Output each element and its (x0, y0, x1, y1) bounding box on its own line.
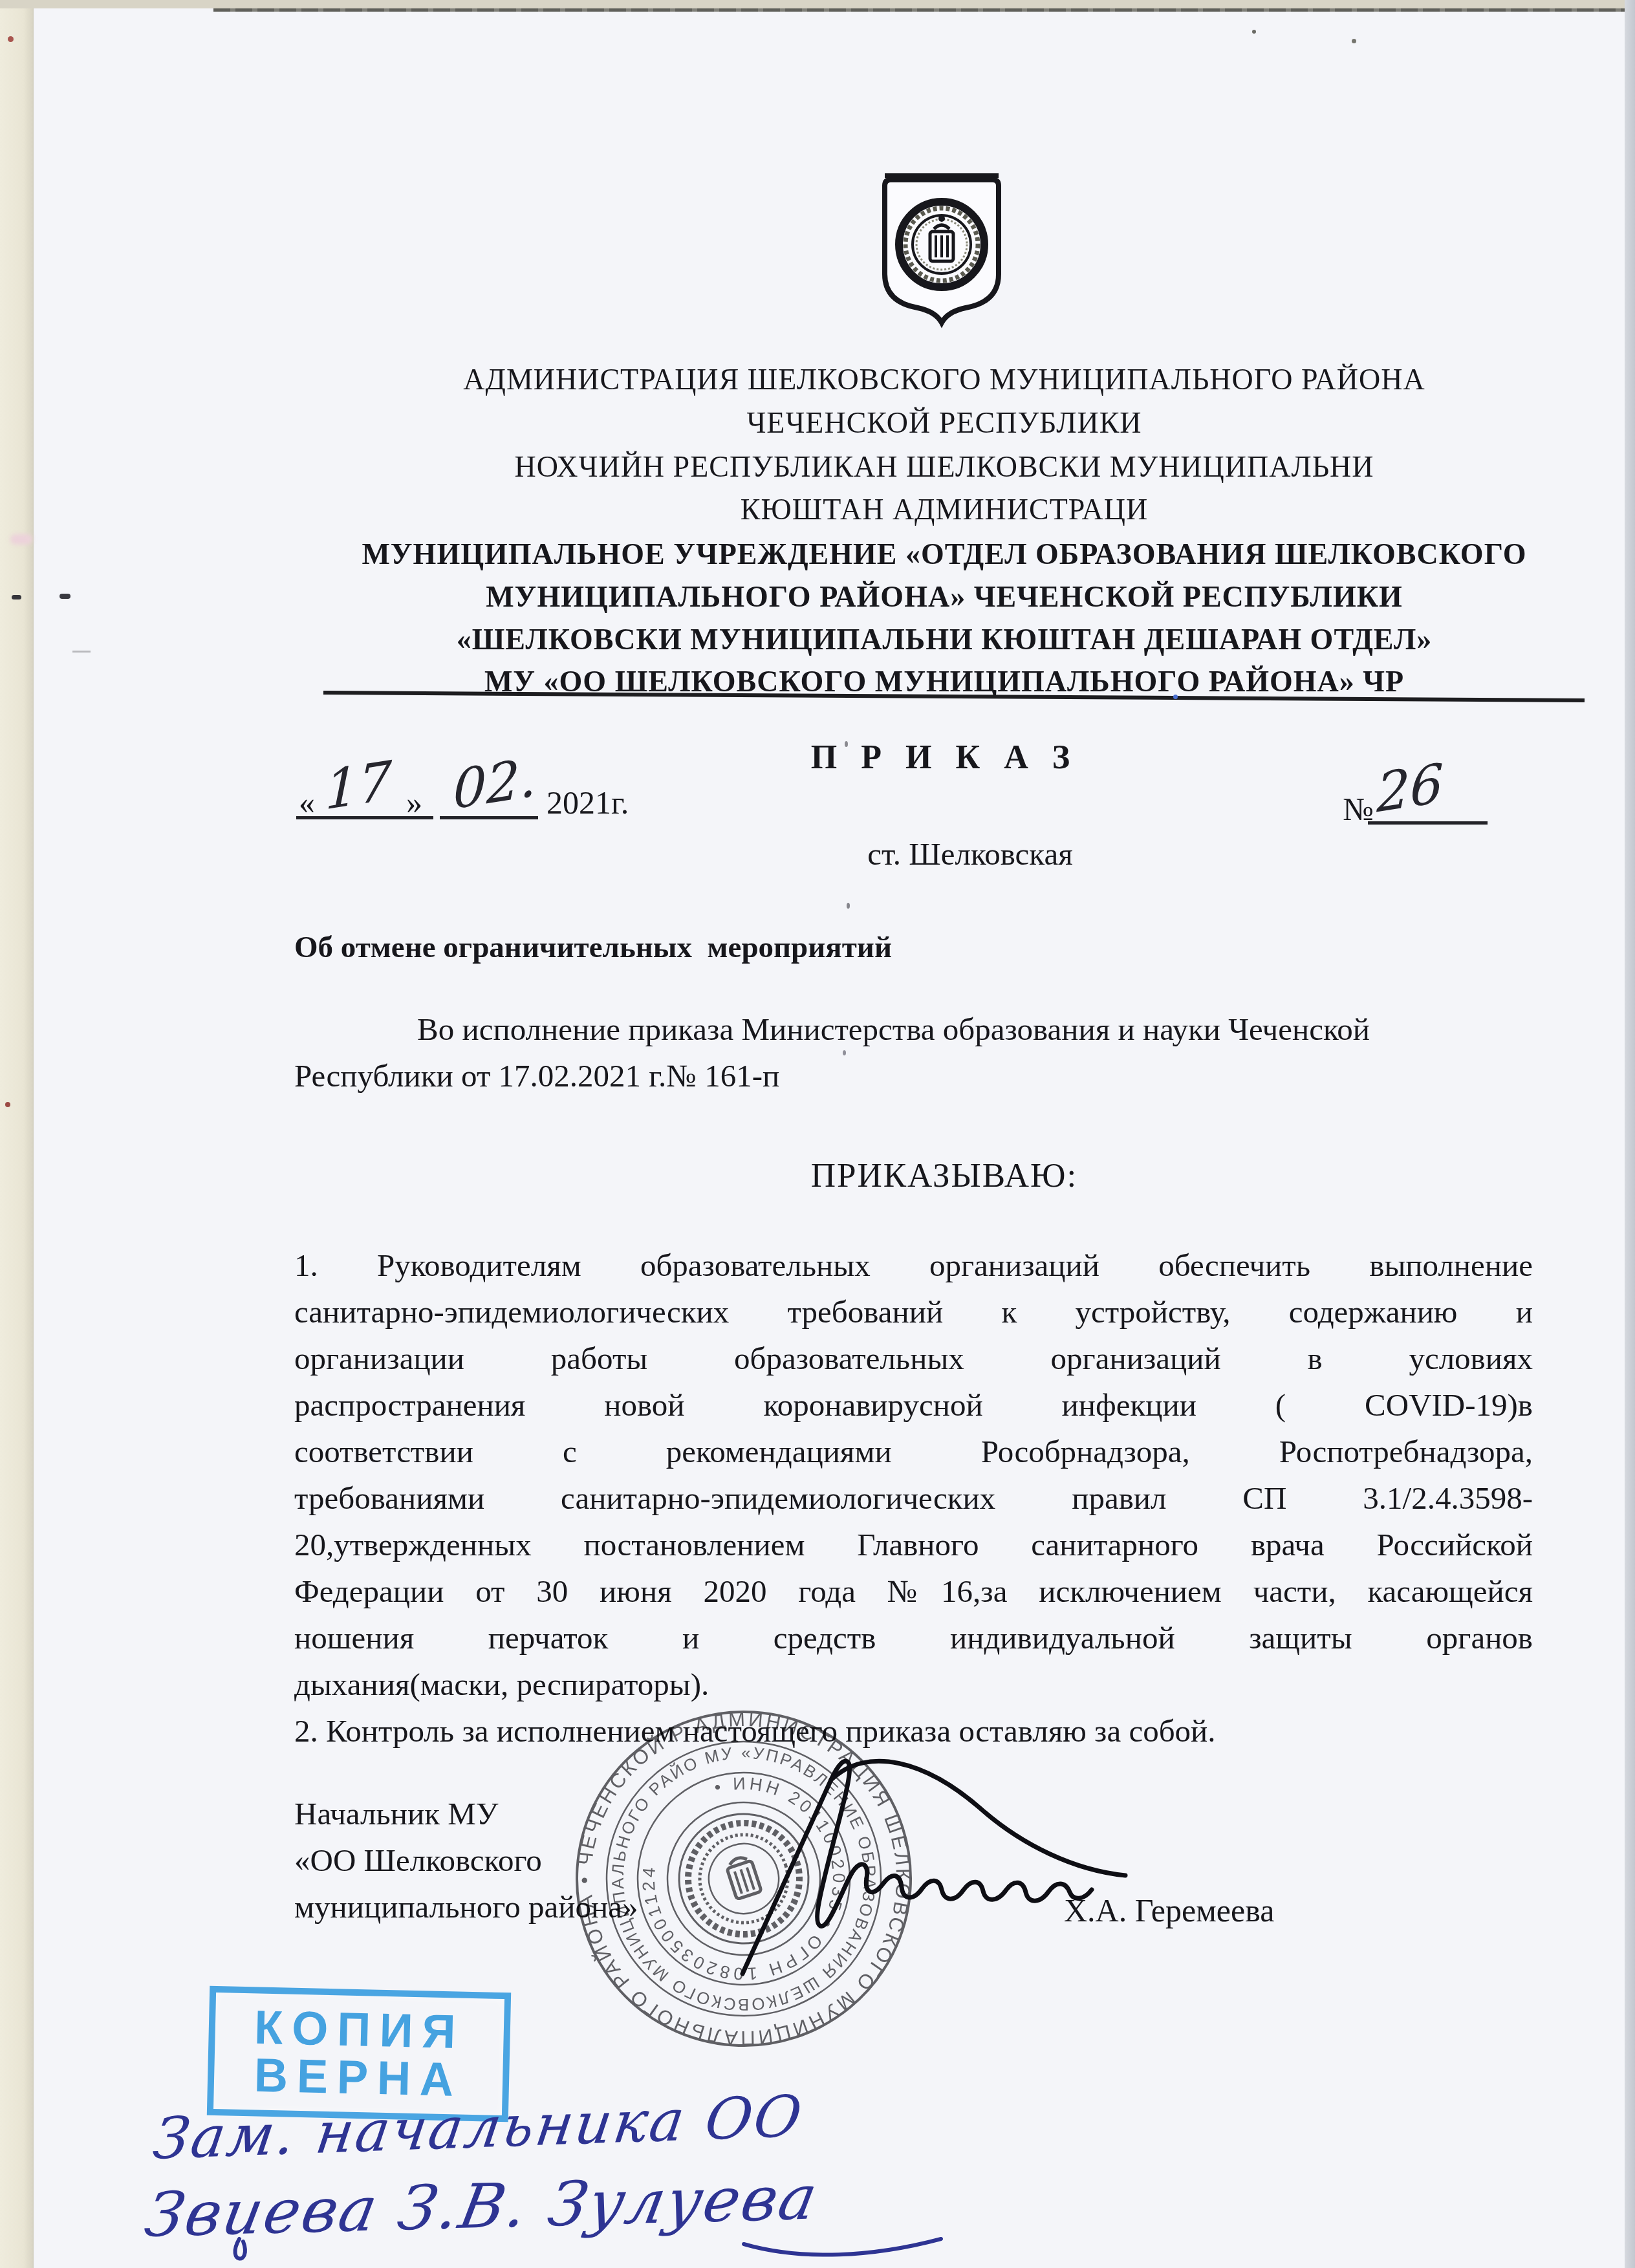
letterhead-line-2: ЧЕЧЕНСКОЙ РЕСПУБЛИКИ (285, 405, 1604, 440)
date-day-handwritten: 17 (325, 750, 393, 823)
scan-artifact (845, 741, 848, 747)
order-subject: Об отмене ограничительных мероприятий (294, 930, 892, 965)
scan-edge-left (0, 0, 34, 2268)
item1-line: организации работы образовательных орган… (294, 1340, 1533, 1377)
letterhead-bold-line-1: МУНИЦИПАЛЬНОЕ УЧРЕЖДЕНИЕ «ОТДЕЛ ОБРАЗОВА… (285, 537, 1604, 571)
scanned-order-page: АДМИНИСТРАЦИЯ ШЕЛКОВСКОГО МУНИЦИПАЛЬНОГО… (0, 0, 1635, 2268)
order-number-handwritten: 26 (1376, 752, 1444, 825)
scan-artifact (12, 595, 21, 599)
letterhead-line-1: АДМИНИСТРАЦИЯ ШЕЛКОВСКОГО МУНИЦИПАЛЬНОГО… (285, 362, 1604, 396)
preamble-line-2: Республики от 17.02.2021 г.№ 161-п (294, 1053, 779, 1099)
scan-edge-shadow-line (213, 8, 1635, 12)
item1-line: санитарно-эпидемиологических требований … (294, 1293, 1533, 1330)
letterhead-bold-line-2: МУНИЦИПАЛЬНОГО РАЙОНА» ЧЕЧЕНСКОЙ РЕСПУБЛ… (285, 579, 1604, 614)
letterhead-line-4: КЮШТАН АДМИНИСТРАЦИ (285, 492, 1604, 526)
item1-line: 1. Руководителям образовательных организ… (294, 1247, 1533, 1284)
signer-position-line-1: Начальник МУ (294, 1795, 499, 1832)
letterhead-line-3: НОХЧИЙН РЕСПУБЛИКАН ШЕЛКОВСКИ МУНИЦИПАЛЬ… (285, 449, 1604, 484)
scan-edge-top (0, 0, 1635, 8)
preamble-line-1: Во исполнение приказа Министерства образ… (417, 1006, 1370, 1053)
scan-artifact (1173, 695, 1178, 699)
order-command: ПРИКАЗЫВАЮ: (285, 1156, 1604, 1195)
signer-position-line-2: «ОО Шелковского (294, 1842, 542, 1879)
scan-artifact (5, 1102, 10, 1107)
chechen-republic-emblem (878, 172, 1005, 330)
scan-artifact (1352, 39, 1356, 43)
date-month-handwritten: 02. (453, 746, 537, 822)
date-month-underline (440, 816, 538, 819)
item1-line: ношения перчаток и средств индивидуально… (294, 1619, 1533, 1656)
item1-line: 20,утвержденных постановлением Главного … (294, 1526, 1533, 1563)
item1-line: требованиями санитарно-эпидемиологически… (294, 1480, 1533, 1517)
date-day-underline (296, 816, 433, 819)
scan-artifact (72, 651, 91, 653)
director-signature-ink (711, 1720, 1164, 1992)
copy-stamp-line-1: КОПИЯ (254, 2003, 465, 2057)
date-year: 2021г. (547, 784, 629, 821)
order-place: ст. Шелковская (789, 836, 1151, 872)
scan-artifact (847, 903, 850, 909)
scan-artifact (8, 36, 14, 42)
scan-artifact (10, 534, 32, 545)
item1-line: соответствии с рекомендациями Рособрнадз… (294, 1433, 1533, 1470)
item1-line: Федерации от 30 июня 2020 года №16,за ис… (294, 1573, 1533, 1610)
scan-artifact (1252, 30, 1256, 34)
order-number-underline (1368, 821, 1488, 825)
item1-line: распространения новой коронавирусной инф… (294, 1387, 1533, 1423)
handwritten-flourish (142, 2199, 957, 2268)
scan-artifact (843, 1050, 846, 1055)
scan-artifact (60, 594, 70, 599)
item1-last-line: дыхания(маски, респираторы). (294, 1666, 1533, 1703)
letterhead-bold-line-3: «ШЕЛКОВСКИ МУНИЦИПАЛЬНИ КЮШТАН ДЕШАРАН О… (285, 622, 1604, 656)
scan-edge-right (1625, 0, 1635, 2268)
